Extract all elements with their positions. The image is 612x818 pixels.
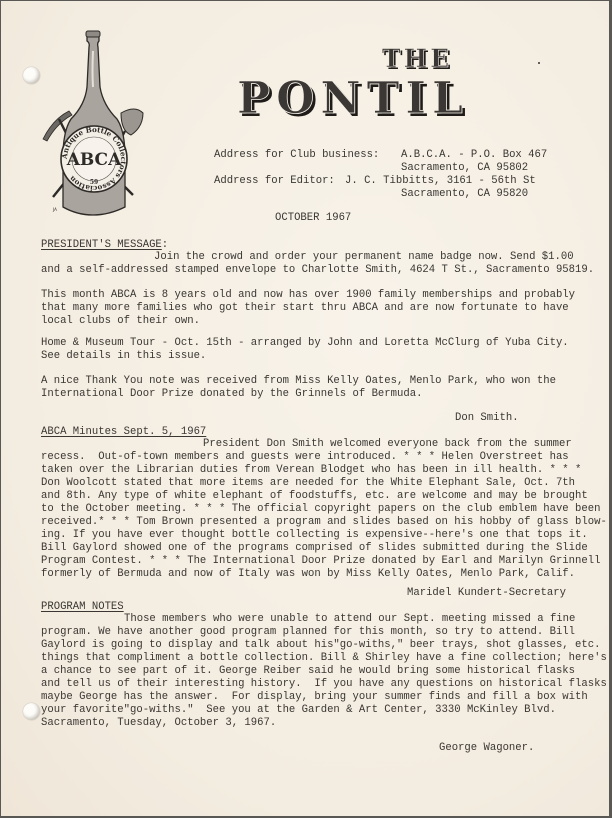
minutes-line: Don Woolcott stated that more items are …: [41, 477, 575, 490]
program-notes-line: maybe George has the answer. For display…: [41, 691, 588, 704]
masthead: THE PONTIL: [237, 45, 567, 123]
club-address-label: Address for Club business:: [214, 149, 379, 162]
minutes-line: ing. If you have ever thought bottle col…: [41, 529, 588, 542]
presidents-message-line: See details in this issue.: [41, 350, 206, 363]
minutes-line: President Don Smith welcomed everyone ba…: [203, 438, 572, 451]
minutes-line: taken over the Librarian duties from Ver…: [41, 464, 581, 477]
presidents-message-signature: Don Smith.: [455, 412, 519, 425]
minutes-line: Bill Gaylord showed one of the programs …: [41, 542, 588, 555]
editor-address-line1: J. C. Tibbitts, 3161 - 56th St: [345, 175, 536, 188]
presidents-message-line: This month ABCA is 8 years old and now h…: [41, 289, 575, 302]
minutes-line: received.* * * Tom Brown presented a pro…: [41, 516, 607, 529]
club-address-line2: Sacramento, CA 95802: [401, 162, 528, 175]
minutes-signature: Maridel Kundert-Secretary: [407, 587, 566, 600]
presidents-message-heading: PRESIDENT'S MESSAGE:: [41, 239, 168, 252]
minutes-line: to the October meeting. * * * The offici…: [41, 503, 600, 516]
minutes-line: formerly of Bermuda and now of Italy was…: [41, 568, 575, 581]
editor-address-label: Address for Editor:: [214, 175, 335, 188]
minutes-line: recess. Out-of-town members and guests w…: [41, 451, 569, 464]
program-notes-line: program. We have another good program pl…: [41, 626, 575, 639]
presidents-message-line: Join the crowd and order your permanent …: [154, 251, 574, 264]
program-notes-heading: PROGRAM NOTES: [41, 601, 124, 614]
presidents-message-line: Home & Museum Tour - Oct. 15th - arrange…: [41, 337, 569, 350]
presidents-message-line: International Door Prize donated by the …: [41, 388, 422, 401]
newsletter-page: Antique Bottle Collectors Association AB…: [1, 1, 609, 816]
issue-date: OCTOBER 1967: [275, 212, 351, 225]
presidents-message-line: A nice Thank You note was received from …: [41, 375, 556, 388]
program-notes-line: a chance to see part of it. George Reibe…: [41, 665, 575, 678]
presidents-message-line: that many more families who got their st…: [41, 302, 569, 315]
minutes-heading: ABCA Minutes Sept. 5, 1967: [41, 426, 206, 439]
logo-year-mark: 59: [90, 179, 98, 186]
presidents-message-line: local clubs of their own.: [41, 315, 200, 328]
program-notes-line: and tell us of their interesting history…: [41, 678, 607, 691]
program-notes-line: Those members who were unable to attend …: [124, 613, 575, 626]
program-notes-line: Gaylord is going to display and talk abo…: [41, 639, 600, 652]
program-notes-line: things that compliment a bottle collecti…: [41, 652, 607, 665]
speck: [538, 62, 540, 64]
masthead-the: THE: [237, 45, 567, 73]
logo-center-text: ABCA: [66, 150, 122, 170]
editor-address-line2: Sacramento, CA 95820: [401, 188, 528, 201]
masthead-title: PONTIL: [237, 75, 567, 123]
program-notes-signature: George Wagoner.: [439, 742, 534, 755]
club-address-line1: A.B.C.A. - P.O. Box 467: [401, 149, 547, 162]
program-notes-line: your favorite"go-withs." See you at the …: [41, 704, 556, 717]
binder-hole-bottom: [23, 703, 40, 720]
logo-artist-mark: JA: [52, 207, 57, 212]
minutes-line: Program Contest. * * * The International…: [41, 555, 600, 568]
presidents-message-line: and a self-addressed stamped envelope to…: [41, 264, 594, 277]
minutes-line: and 8th. Any type of white elephant of f…: [41, 490, 588, 503]
abca-bottle-logo: Antique Bottle Collectors Association AB…: [39, 27, 149, 217]
binder-hole-top: [23, 67, 40, 84]
program-notes-line: Sacramento, Tuesday, October 3, 1967.: [41, 717, 276, 730]
